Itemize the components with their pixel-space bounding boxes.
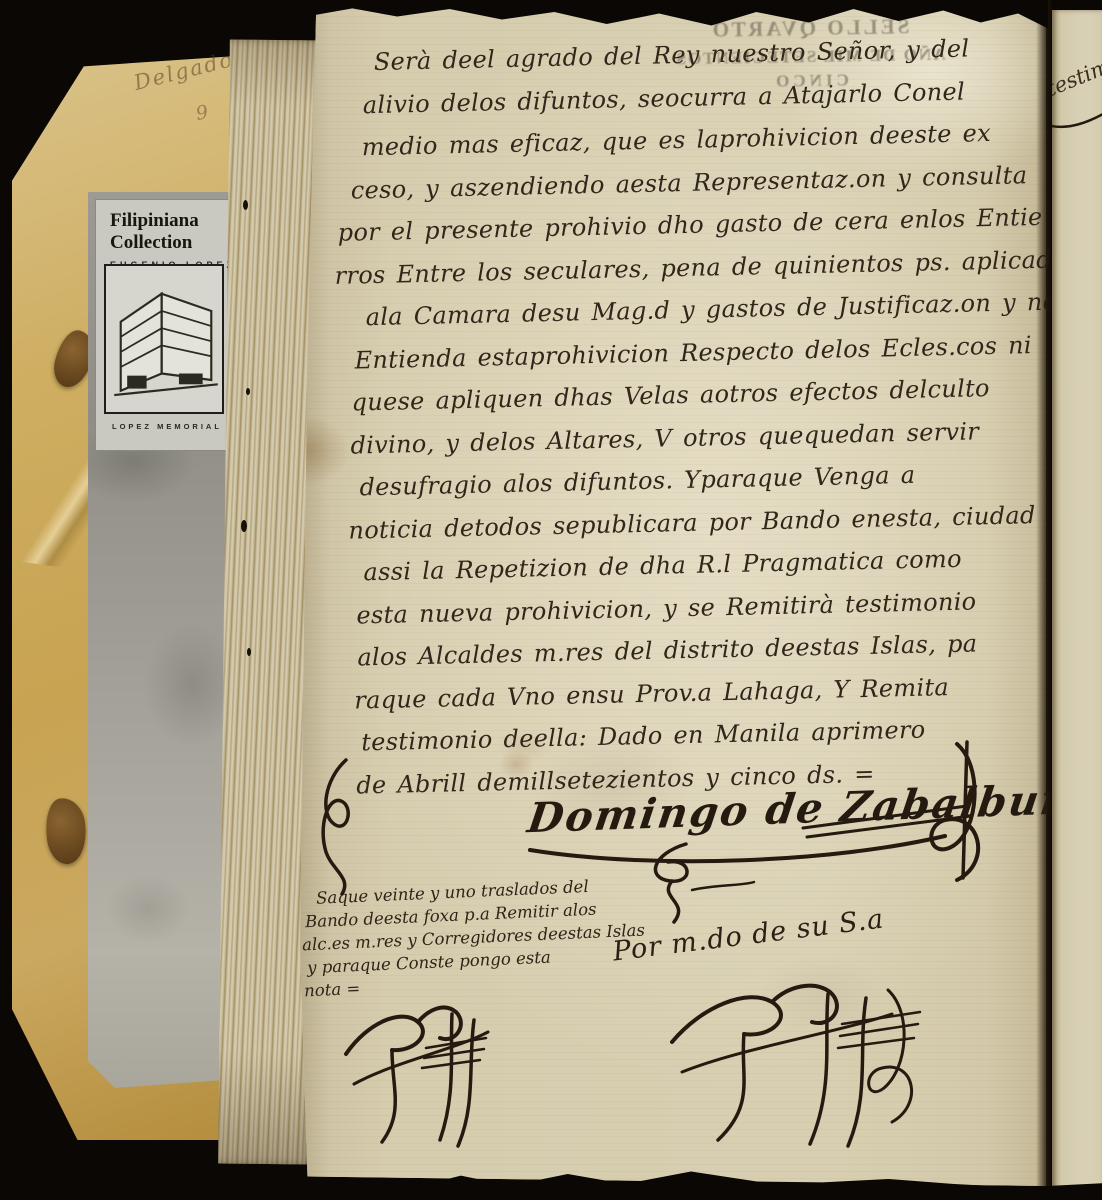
bookplate-caption: LOPEZ MEMORIAL MUSEUM — [112, 422, 242, 431]
paraph-flourish-left — [312, 756, 372, 896]
worm-hole — [247, 648, 251, 656]
manuscript-body-text: Serà deel agrado del Rey nuestro Señor, … — [321, 26, 1046, 807]
facing-page-underline — [1052, 106, 1102, 132]
facing-page-text-fragment: testim.o — [1052, 47, 1102, 101]
rubric-signature-left — [330, 992, 525, 1150]
bookplate: Filipiniana Collection EUGENIO LOPEZ — [96, 200, 242, 450]
bookplate-title-line1: Filipiniana — [110, 210, 242, 232]
manuscript-photograph: Delgado 9 Filipiniana Collection EUGENIO… — [0, 0, 1102, 1200]
page-gutter-shadow — [1036, 0, 1052, 1200]
inserted-gray-sheet: Filipiniana Collection EUGENIO LOPEZ — [88, 192, 238, 1088]
building-icon — [112, 270, 220, 408]
bookplate-title-line2: Collection — [110, 232, 242, 254]
marginal-note: Saque veinte y uno traslados del Bando d… — [300, 873, 645, 1003]
worm-hole — [241, 520, 247, 532]
worm-hole — [246, 388, 250, 395]
rubric-signature-right — [652, 972, 972, 1150]
bookplate-building-frame — [104, 264, 224, 414]
facing-page-sliver: testim.o — [1052, 10, 1102, 1190]
worm-hole — [243, 200, 248, 210]
